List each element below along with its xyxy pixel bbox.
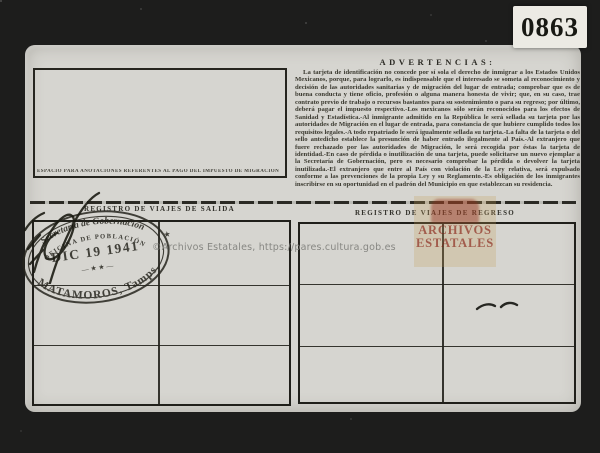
salida-row-divider-2: [34, 345, 289, 346]
credit-watermark: ©Archivos Estatales, https://pares.cultu…: [152, 242, 396, 253]
tax-annotation-caption: ESPACIO PARA ANOTACIONES REFERENTES AL P…: [37, 169, 283, 174]
tax-annotation-box: ESPACIO PARA ANOTACIONES REFERENTES AL P…: [33, 68, 287, 178]
archive-watermark-strip: ARCHIVOS ESTATALES: [414, 196, 496, 267]
serial-number-box: 0863: [513, 6, 587, 48]
advertencias-body: La tarjeta de identificación no concede …: [295, 69, 580, 188]
archive-watermark-line2: ESTATALES: [414, 237, 496, 250]
archive-logo-icon: [431, 199, 479, 223]
identity-card-back: ESPACIO PARA ANOTACIONES REFERENTES AL P…: [25, 45, 581, 412]
regreso-row-divider-1: [300, 284, 574, 285]
advertencias-title: ADVERTENCIAS:: [295, 57, 580, 67]
serial-number: 0863: [521, 12, 579, 43]
registro-salida-title: REGISTRO DE VIAJES DE SALIDA: [32, 205, 287, 213]
salida-row-divider-1: [34, 285, 289, 286]
scan-noise: [0, 0, 2, 2]
regreso-row-divider-2: [300, 346, 574, 347]
advertencias-section: ADVERTENCIAS: La tarjeta de identificaci…: [295, 57, 580, 188]
